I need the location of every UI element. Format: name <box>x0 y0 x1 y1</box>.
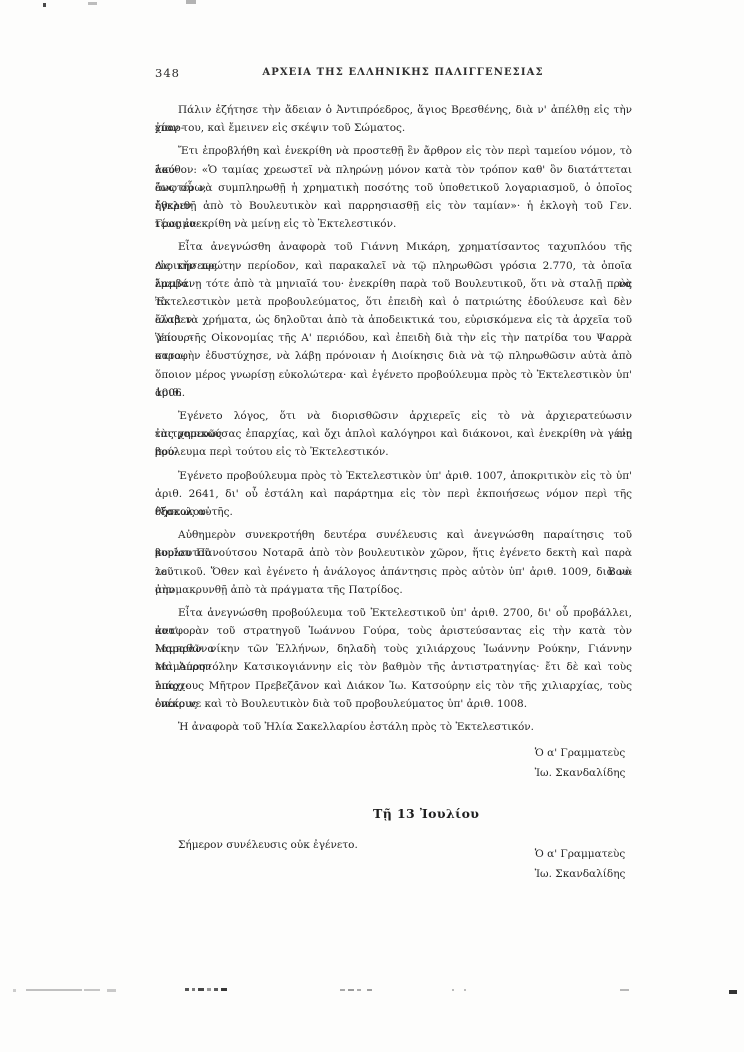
text-line: καὶ Ἀποστόλην Κατσικογιάννην εἰς τὸν βαθ… <box>155 658 632 676</box>
text-line: γείου τῆς Οἰκονομίας τῆς Α' περιόδου, κα… <box>155 329 632 347</box>
text-line: εἰς τὴν πρώτην περίοδον, καὶ παρακαλεῖ ν… <box>155 257 632 275</box>
text-line: Αὐθημερὸν συνεκροτήθη δευτέρα συνέλευσις… <box>155 526 632 544</box>
text-line: Ἐκτελεστικὸν μετὰ προβουλεύματος, ὅτι ἐπ… <box>155 293 632 311</box>
signature-block-july12: Ὁ α' Γραμματεὺς Ἰω. Σκανδαλίδης <box>522 744 638 783</box>
scan-artifact <box>340 989 345 991</box>
document-page: 348 ΑΡΧΕΙΑ ΤΗΣ ΕΛΛΗΝΙΚΗΣ ΠΑΛΙΓΓΕΝΕΣΙΑΣ Π… <box>0 0 744 1052</box>
running-head: ΑΡΧΕΙΑ ΤΗΣ ΕΛΛΗΝΙΚΗΣ ΠΑΛΙΓΓΕΝΕΣΙΑΣ <box>262 67 543 78</box>
paragraph: Αὐθημερὸν συνεκροτήθη δευτέρα συνέλευσις… <box>155 526 632 599</box>
page-header: 348 ΑΡΧΕΙΑ ΤΗΣ ΕΛΛΗΝΙΚΗΣ ΠΑΛΙΓΓΕΝΕΣΙΑΣ <box>0 66 744 82</box>
text-line: χίαν του, καὶ ἔμεινεν εἰς σκέψιν τοῦ Σώμ… <box>155 119 632 137</box>
session-date-heading: Τῇ 13 Ἰουλίου <box>373 806 479 821</box>
paragraph: Ἔτι ἐπροβλήθη καὶ ἐνεκρίθη νὰ προστεθῇ ἓ… <box>155 142 632 233</box>
text-line: ἕως οὗ νὰ συμπληρωθῇ ἡ χρηματικὴ ποσότης… <box>155 179 632 197</box>
scan-artifact <box>198 988 204 991</box>
scan-artifact <box>192 988 195 991</box>
scan-artifact <box>207 988 211 991</box>
paragraph: Ἡ ἀναφορὰ τοῦ Ἠλία Σακελλαρίου ἐστάλη πρ… <box>155 718 632 736</box>
text-line: αὐτὰ τὰ χρήματα, ὡς δηλοῦται ἀπὸ τὰ ἀποδ… <box>155 311 632 329</box>
text-line: λουθον: «Ὁ ταμίας χρεωστεῖ νὰ πληρώνῃ μό… <box>155 161 632 179</box>
text-line: ἀναφορὰν τοῦ στρατηγοῦ Ἰωάννου Γούρα, το… <box>155 622 632 640</box>
signature-name: Ἰω. Σκανδαλίδης <box>522 865 638 885</box>
text-line: ἐγκριθῇ ἀπὸ τὸ Βουλευτικὸν καὶ παρρησιασ… <box>155 197 632 215</box>
text-line: ἀπομακρυνθῇ ἀπὸ τὰ πράγματα τῆς Πατρίδος… <box>155 581 632 599</box>
text-line: Ἡ ἀναφορὰ τοῦ Ἠλία Σακελλαρίου ἐστάλη πρ… <box>155 718 632 736</box>
text-line: Ἐγένετο προβούλευμα πρὸς τὸ Ἐκτελεστικὸν… <box>155 467 632 485</box>
scan-artifact <box>185 988 189 991</box>
scan-artifact <box>84 989 100 991</box>
text-line: λαμβάνῃ τότε ἀπὸ τὰ μηνιαῖά του· ἐνεκρίθ… <box>155 275 632 293</box>
text-line: Ἔτι ἐπροβλήθη καὶ ἐνεκρίθη νὰ προστεθῇ ἓ… <box>155 142 632 160</box>
text-line: βούλευμα περὶ τούτου εἰς τὸ Ἐκτελεστικόν… <box>155 443 632 461</box>
text-line: τὰς χηρευούσας ἐπαρχίας, καὶ ὄχι ἁπλοὶ κ… <box>155 425 632 443</box>
scan-artifact <box>107 989 116 992</box>
scan-artifact <box>13 989 16 992</box>
text-line: Ἐγένετο λόγος, ὅτι νὰ διορισθῶσιν ἀρχιερ… <box>155 407 632 425</box>
text-line: κυρίου Πανούτσου Νοταρᾶ ἀπὸ τὸν βουλευτι… <box>155 544 632 562</box>
scan-artifact <box>26 989 82 991</box>
paragraph: Ἐγένετο προβούλευμα πρὸς τὸ Ἐκτελεστικὸν… <box>155 467 632 522</box>
scan-artifact <box>43 3 46 7</box>
signature-name: Ἰω. Σκανδαλίδης <box>522 764 638 784</box>
text-line: θήσεως αὐτῆς. <box>155 503 632 521</box>
scan-artifact <box>464 989 466 991</box>
text-line: 1006. <box>155 384 632 402</box>
scan-artifact <box>214 988 218 991</box>
text-line: ὅποιον μέρος γνωρίσῃ εὐκολώτερα· καὶ ἐγέ… <box>155 366 632 384</box>
text-line: λαμπρὰν νίκην τῶν Ἑλλήνων, δηλαδὴ τοὺς χ… <box>155 640 632 658</box>
signature-role: Ὁ α' Γραμματεὺς <box>522 744 638 764</box>
text-line: Εἶτα ἀνεγνώσθη ἀναφορὰ τοῦ Γιάννη Μικάρη… <box>155 238 632 256</box>
scan-artifact <box>186 0 196 4</box>
text-line: Πάλιν ἐζήτησε τὴν ἄδειαν ὁ Ἀντιπρόεδρος,… <box>155 101 632 119</box>
scan-artifact <box>620 989 629 991</box>
text-line: λιάρχους Μῆτρον Πρεβεζᾶνον καὶ Διάκον Ἰω… <box>155 677 632 695</box>
scan-artifact <box>729 990 737 994</box>
signature-role: Ὁ α' Γραμματεὺς <box>522 845 638 865</box>
signature-block-july13: Ὁ α' Γραμματεὺς Ἰω. Σκανδαλίδης <box>522 845 638 884</box>
paragraph: Εἶτα ἀνεγνώσθη προβούλευμα τοῦ Ἐκτελεστι… <box>155 604 632 713</box>
text-line: Εἶτα ἀνεγνώσθη προβούλευμα τοῦ Ἐκτελεστι… <box>155 604 632 622</box>
scan-artifact <box>348 989 354 991</box>
scan-artifact <box>88 2 97 5</box>
text-line: τέως ἐνεκρίθη νὰ μείνῃ εἰς τὸ Ἐκτελεστικ… <box>155 215 632 233</box>
scan-artifact <box>357 989 361 991</box>
scan-artifact <box>452 989 454 991</box>
text-line: στροφὴν ἐδυστύχησε, νὰ λάβῃ πρόνοιαν ἡ Δ… <box>155 347 632 365</box>
paragraph: Πάλιν ἐζήτησε τὴν ἄδειαν ὁ Ἀντιπρόεδρος,… <box>155 101 632 137</box>
scan-artifact <box>367 989 372 991</box>
paragraph: Εἶτα ἀνεγνώσθη ἀναφορὰ τοῦ Γιάννη Μικάρη… <box>155 238 632 402</box>
paragraph: Ἐγένετο λόγος, ὅτι νὰ διορισθῶσιν ἀρχιερ… <box>155 407 632 462</box>
text-line: ἀριθ. 2641, δι' οὗ ἐστάλη καὶ παράρτημα … <box>155 485 632 503</box>
text-line: λευτικοῦ. Ὅθεν καὶ ἐγένετο ἡ ἀνάλογος ἀπ… <box>155 563 632 581</box>
page-number: 348 <box>155 66 180 80</box>
text-line: ἐνέκρινε καὶ τὸ Βουλευτικὸν διὰ τοῦ προβ… <box>155 695 632 713</box>
session-july12-text: Πάλιν ἐζήτησε τὴν ἄδειαν ὁ Ἀντιπρόεδρος,… <box>155 101 632 736</box>
scan-artifact <box>221 988 227 991</box>
